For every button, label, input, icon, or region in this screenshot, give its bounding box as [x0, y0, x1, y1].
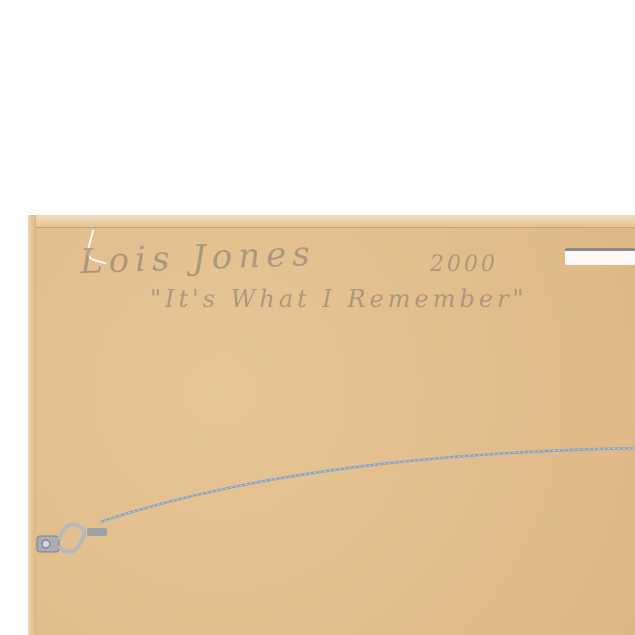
d-ring-hanger-icon — [35, 516, 115, 561]
